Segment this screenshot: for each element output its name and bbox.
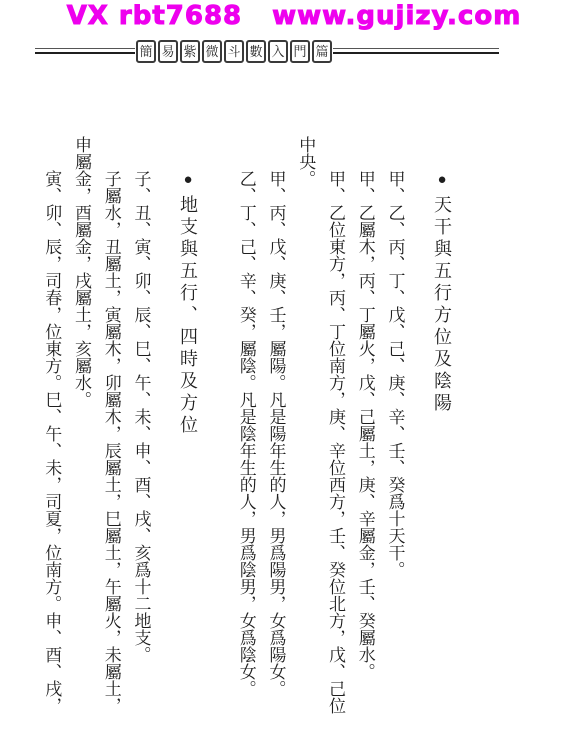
title-banner: 簡 易 紫 微 斗 數 入 門 篇 xyxy=(0,38,588,64)
section-heading-text: 地支與五行、四時及方位 xyxy=(178,195,198,437)
watermark-url: www.gujizy.com xyxy=(272,1,521,31)
title-box-char: 微 xyxy=(202,40,222,63)
title-box-char: 門 xyxy=(290,40,310,63)
paragraph: 甲、丙、戊、庚、壬，屬陽。凡是陽年生的人，男爲陽男，女爲陽女。 xyxy=(261,136,291,719)
title-box-char: 易 xyxy=(158,40,178,63)
bullet-icon: ● xyxy=(180,172,196,188)
paragraph: 甲、乙位東方，丙、丁位南方，庚、辛位西方，壬、癸位北方，戊、己位中央。 xyxy=(291,136,351,719)
watermark: VX rbt7688 www.gujizy.com xyxy=(0,1,588,31)
banner-rule-left xyxy=(35,48,135,54)
title-box-char: 紫 xyxy=(180,40,200,63)
page-text: ●天干與五行方位及陰陽 甲、乙、丙、丁、戊、己、庚、辛、壬、癸爲十天干。 甲、乙… xyxy=(33,136,457,719)
paragraph: 甲、乙屬木，丙、丁屬火，戊、己屬土，庚、辛屬金，壬、癸屬水。 xyxy=(350,136,380,719)
section-heading: ●天干與五行方位及陰陽 xyxy=(426,136,458,719)
title-box-char: 篇 xyxy=(312,40,332,63)
section-heading-text: 天干與五行方位及陰陽 xyxy=(432,195,452,415)
section-dizhi: ●地支與五行、四時及方位 子、丑、寅、卯、辰、巳、午、未、申、酉、戌、亥爲十二地… xyxy=(37,136,204,719)
paragraph: 甲、乙、丙、丁、戊、己、庚、辛、壬、癸爲十天干。 xyxy=(380,136,410,719)
book-page: VX rbt7688 www.gujizy.com 簡 易 紫 微 斗 數 入 … xyxy=(0,0,588,748)
banner-rule-right xyxy=(333,48,499,54)
paragraph: 乙、丁、己、辛、癸，屬陰。凡是陰年生的人，男爲陰男，女爲陰女。 xyxy=(231,136,261,719)
paragraph: 子屬水，丑屬土，寅屬木，卯屬木，辰屬土，巳屬土，午屬火，未屬土，申屬金，酉屬金，… xyxy=(66,136,126,719)
section-heading: ●地支與五行、四時及方位 xyxy=(172,136,204,719)
watermark-vx-id: VX rbt7688 xyxy=(67,1,242,31)
title-box-char: 簡 xyxy=(136,40,156,63)
bullet-icon: ● xyxy=(434,172,450,188)
title-box-char: 入 xyxy=(268,40,288,63)
section-tiangan: ●天干與五行方位及陰陽 甲、乙、丙、丁、戊、己、庚、辛、壬、癸爲十天干。 甲、乙… xyxy=(231,136,457,719)
title-box-char: 斗 xyxy=(224,40,244,63)
title-box-char: 數 xyxy=(246,40,266,63)
paragraph: 寅、卯、辰，司春，位東方。巳、午、未，司夏，位南方。申、酉、戌， xyxy=(37,136,67,719)
title-boxes: 簡 易 紫 微 斗 數 入 門 篇 xyxy=(136,40,332,63)
paragraph: 子、丑、寅、卯、辰、巳、午、未、申、酉、戌、亥爲十二地支。 xyxy=(126,136,156,719)
